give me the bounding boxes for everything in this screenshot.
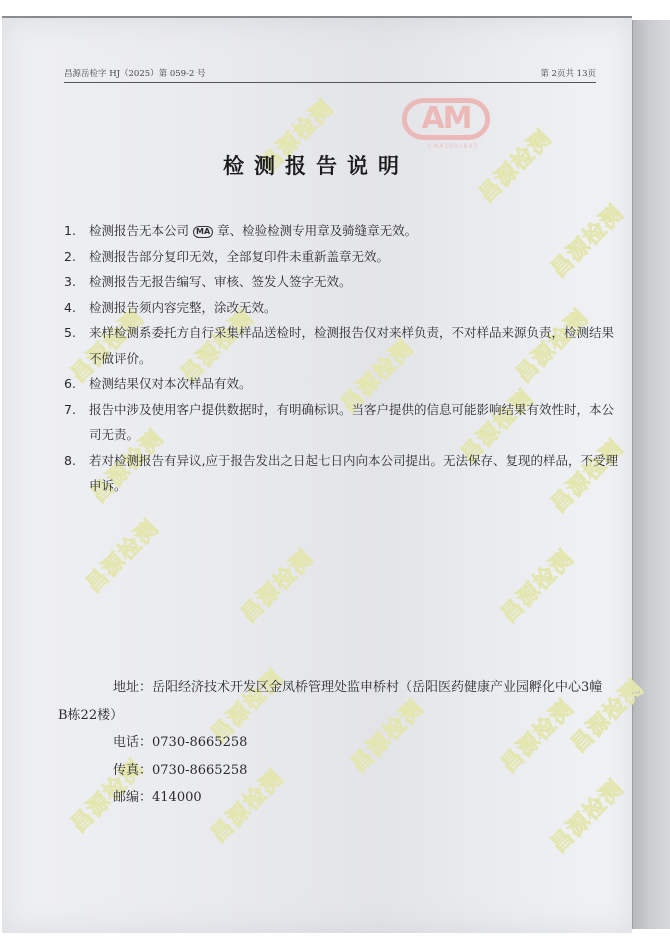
page-title: 检测报告说明 <box>0 150 632 180</box>
note-item: 6. 检测结果仅对本次样品有效。 <box>64 371 624 397</box>
company-logo-stamp: AM <box>402 98 490 140</box>
note-number: 3. <box>64 269 76 295</box>
contact-info: 地址：岳阳经济技术开发区金凤桥管理处监申桥村（岳阳医药健康产业园孵化中心3幢B栋… <box>58 674 603 812</box>
note-number: 6. <box>64 371 76 397</box>
note-item: 3. 检测报告无报告编写、审核、签发人签字无效。 <box>64 269 624 295</box>
cma-mark-icon: MA <box>193 226 213 238</box>
phone-value: 0730-8665258 <box>152 735 247 750</box>
note-text: 章、检验检测专用章及骑缝章无效。 <box>217 223 417 238</box>
company-logo-subtext: CMA1001843 <box>418 143 488 150</box>
note-text: 检测报告无本公司 <box>89 223 189 238</box>
note-text: 若对检测报告有异议,应于报告发出之日起七日内向本公司提出。无法保存、复现的样品，… <box>89 453 618 494</box>
note-number: 5. <box>64 320 76 346</box>
note-item: 1. 检测报告无本公司MA章、检验检测专用章及骑缝章无效。 <box>64 218 624 244</box>
report-header: 昌源岳检字 HJ（2025）第 059-2 号 第 2页共 13页 <box>64 60 596 83</box>
note-item: 7. 报告中涉及使用客户提供数据时，有明确标识。当客户提供的信息可能影响结果有效… <box>64 397 624 448</box>
note-number: 1. <box>64 218 76 244</box>
notes-list: 1. 检测报告无本公司MA章、检验检测专用章及骑缝章无效。 2. 检测报告部分复… <box>64 218 624 499</box>
note-item: 2. 检测报告部分复印无效，全部复印件未重新盖章无效。 <box>64 244 624 270</box>
postcode-value: 414000 <box>152 790 202 805</box>
note-number: 8. <box>64 448 76 474</box>
page-edge-shadow <box>632 20 670 929</box>
phone-line: 电话：0730-8665258 <box>58 729 603 757</box>
note-text: 来样检测系委托方自行采集样品送检时，检测报告仅对来样负责，不对样品来源负责，检测… <box>89 325 614 366</box>
fax-label: 传真： <box>113 763 152 778</box>
note-number: 7. <box>64 397 76 423</box>
note-text: 检测结果仅对本次样品有效。 <box>89 376 252 391</box>
note-item: 4. 检测报告须内容完整，涂改无效。 <box>64 295 624 321</box>
fax-value: 0730-8665258 <box>152 763 247 778</box>
note-number: 2. <box>64 244 76 270</box>
fax-line: 传真：0730-8665258 <box>58 757 603 785</box>
note-text: 报告中涉及使用客户提供数据时，有明确标识。当客户提供的信息可能影响结果有效性时，… <box>89 402 614 443</box>
note-text: 检测报告无报告编写、审核、签发人签字无效。 <box>89 274 352 289</box>
address-label: 地址： <box>113 680 152 695</box>
address-line: 地址：岳阳经济技术开发区金凤桥管理处监申桥村（岳阳医药健康产业园孵化中心3幢B栋… <box>58 674 603 729</box>
page-indicator: 第 2页共 13页 <box>540 67 596 79</box>
phone-label: 电话： <box>113 735 152 750</box>
note-item: 5. 来样检测系委托方自行采集样品送检时，检测报告仅对来样负责，不对样品来源负责… <box>64 320 624 371</box>
note-text: 检测报告部分复印无效，全部复印件未重新盖章无效。 <box>89 249 389 264</box>
report-number: 昌源岳检字 HJ（2025）第 059-2 号 <box>64 67 206 79</box>
note-number: 4. <box>64 295 76 321</box>
note-item: 8. 若对检测报告有异议,应于报告发出之日起七日内向本公司提出。无法保存、复现的… <box>64 448 624 499</box>
postcode-label: 邮编： <box>113 790 152 805</box>
postcode-line: 邮编：414000 <box>58 784 603 812</box>
note-text: 检测报告须内容完整，涂改无效。 <box>89 300 277 315</box>
